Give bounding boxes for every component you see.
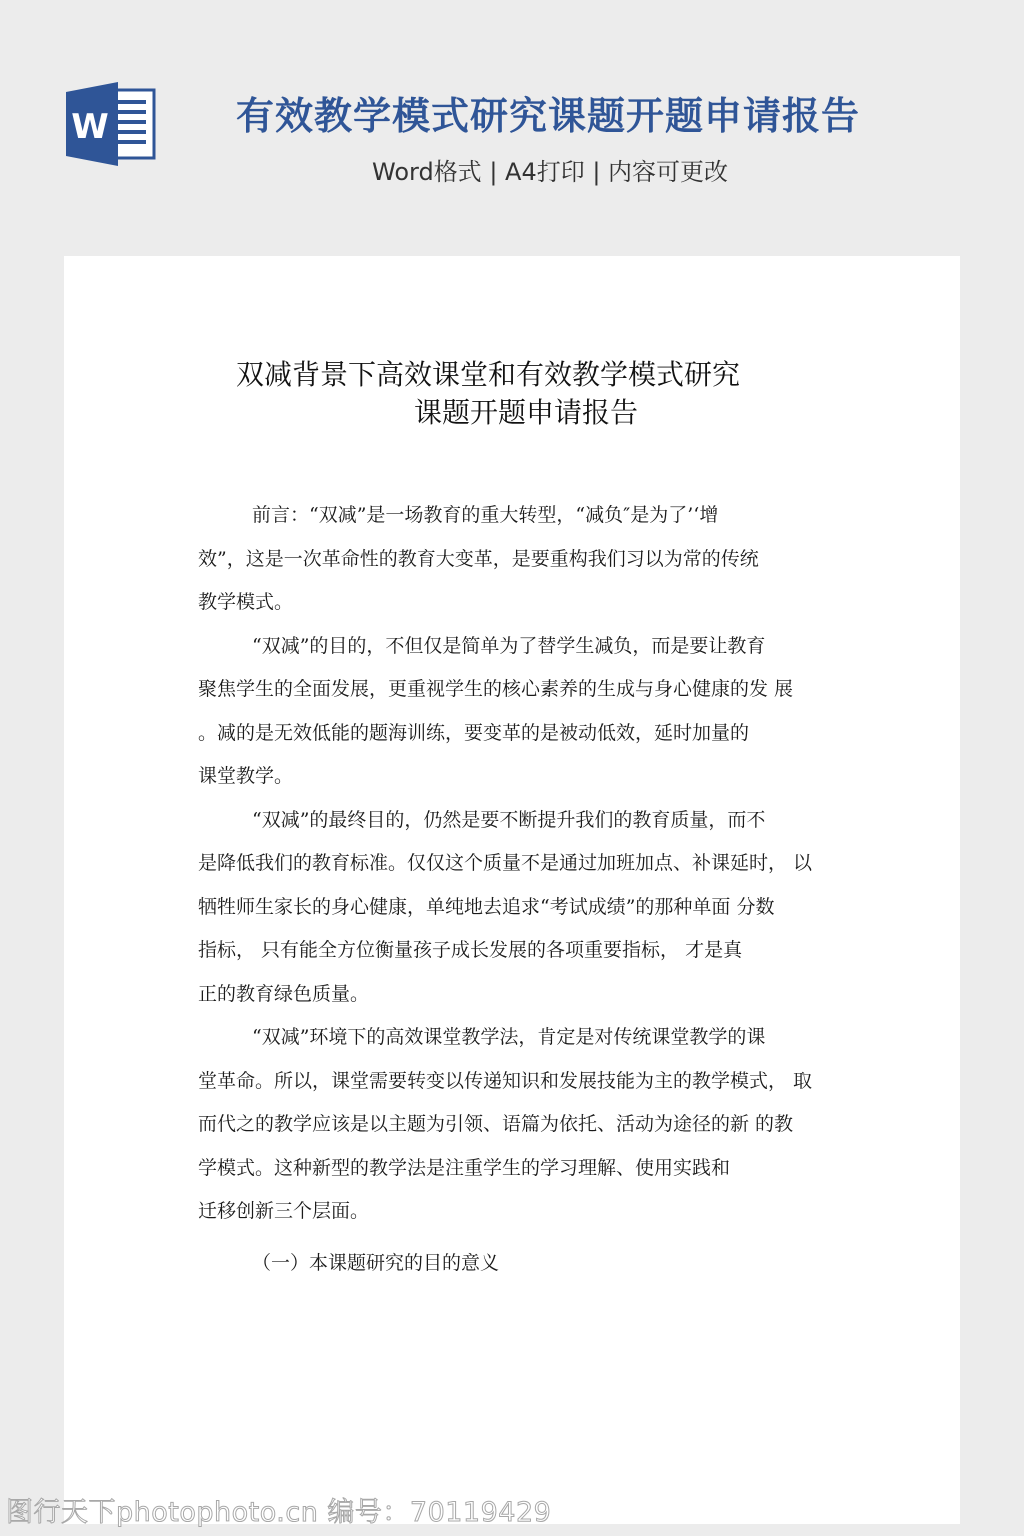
header-title: 有效教学模式研究课题开题申请报告	[236, 90, 876, 142]
word-icon: W	[64, 80, 156, 168]
paragraph-preface: 前言：“双减”是一场教育的重大转型，“减负″是为了’‘增 效”，这是一次革命性的…	[198, 494, 838, 625]
paragraph-line: 而代之的教学应该是以主题为引领、语篇为依托、活动为途径的新 的教	[198, 1103, 838, 1147]
paragraph-line: 学模式。这种新型的教学法是注重学生的学习理解、使用实践和	[198, 1147, 838, 1191]
paragraph-line: “双减”环境下的高效课堂教学法，肯定是对传统课堂教学的课	[198, 1016, 838, 1060]
header-subtitle: Word格式 | A4打印 | 内容可更改	[372, 152, 728, 192]
paragraph-line: 牺牲师生家长的身心健康，单纯地去追求“考试成绩”的那种单面 分数	[198, 886, 838, 930]
document-title-line-1: 双减背景下高效课堂和有效教学模式研究	[64, 356, 960, 394]
svg-text:W: W	[71, 107, 109, 147]
paragraph-line: 迁移创新三个层面。	[198, 1190, 838, 1234]
paragraph-line: “双减”的最终目的，仍然是要不断提升我们的教育质量，而不	[198, 799, 838, 843]
section-heading: （一）本课题研究的目的意义	[198, 1242, 838, 1286]
paragraph-line: “双减”的目的，不但仅是简单为了替学生减负，而是要让教育	[198, 625, 838, 669]
paragraph-line: 课堂教学。	[198, 755, 838, 799]
paragraph-line: 。减的是无效低能的题海训练，要变革的是被动低效，延时加量的	[198, 712, 838, 756]
paragraph-line: 聚焦学生的全面发展，更重视学生的核心素养的生成与身心健康的发 展	[198, 668, 838, 712]
paragraph-line: 教学模式。	[198, 581, 838, 625]
paragraph-line: 效”，这是一次革命性的教育大变革，是要重构我们习以为常的传统	[198, 538, 838, 582]
paragraph-final-goal: “双减”的最终目的，仍然是要不断提升我们的教育质量，而不 是降低我们的教育标准。…	[198, 799, 838, 1017]
paragraph-line: 指标， 只有能全方位衡量孩子成长发展的各项重要指标， 才是真	[198, 929, 838, 973]
paragraph-purpose: “双减”的目的，不但仅是简单为了替学生减负，而是要让教育 聚焦学生的全面发展，更…	[198, 625, 838, 799]
document-body: 前言：“双减”是一场教育的重大转型，“减负″是为了’‘增 效”，这是一次革命性的…	[198, 494, 838, 1285]
paragraph-line: 是降低我们的教育标准。仅仅这个质量不是通过加班加点、补课延时， 以	[198, 842, 838, 886]
document-title: 双减背景下高效课堂和有效教学模式研究 课题开题申请报告	[64, 356, 960, 432]
paragraph-line: 前言：“双减”是一场教育的重大转型，“减负″是为了’‘增	[198, 494, 838, 538]
document-page: 双减背景下高效课堂和有效教学模式研究 课题开题申请报告 前言：“双减”是一场教育…	[64, 256, 960, 1524]
paragraph-line: 堂革命。所以，课堂需要转变以传递知识和发展技能为主的教学模式， 取	[198, 1060, 838, 1104]
watermark: 图行天下photophoto.cn 编号：70119429	[6, 1490, 551, 1529]
paragraph-teaching-method: “双减”环境下的高效课堂教学法，肯定是对传统课堂教学的课 堂革命。所以，课堂需要…	[198, 1016, 838, 1234]
paragraph-line: 正的教育绿色质量。	[198, 973, 838, 1017]
document-title-line-2: 课题开题申请报告	[64, 394, 960, 432]
